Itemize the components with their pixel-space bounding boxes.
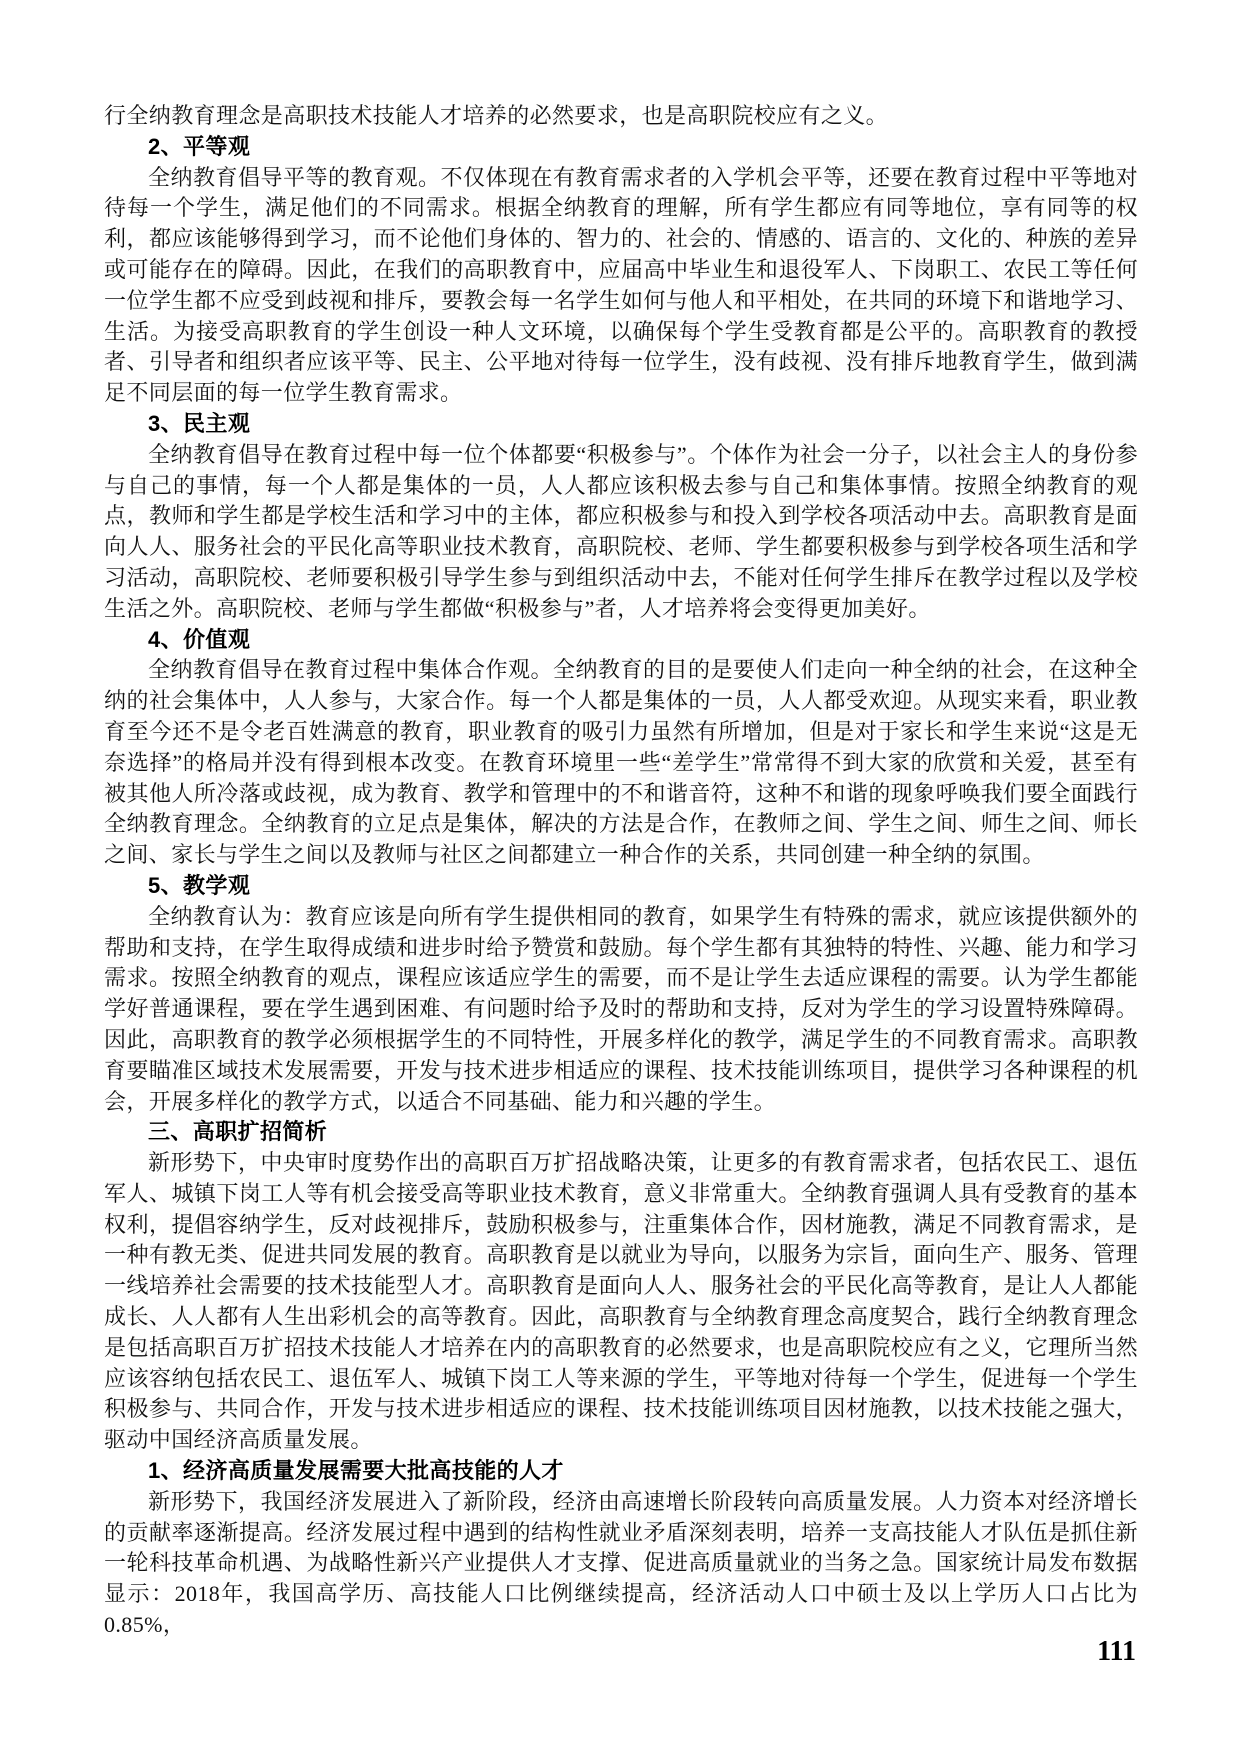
document-page: 行全纳教育理念是高职技术技能人才培养的必然要求，也是高职院校应有之义。 2、平等… xyxy=(0,0,1240,1753)
heading-enrollment-expansion-analysis: 三、高职扩招简析 xyxy=(104,1117,1138,1148)
paragraph-value-view: 全纳教育倡导在教育过程中集体合作观。全纳教育的目的是要使人们走向一种全纳的社会，… xyxy=(104,655,1138,871)
paragraph-teaching-view: 全纳教育认为：教育应该是向所有学生提供相同的教育，如果学生有特殊的需求，就应该提… xyxy=(104,902,1138,1118)
paragraph-high-skill-talent-need: 新形势下，我国经济发展进入了新阶段，经济由高速增长阶段转向高质量发展。人力资本对… xyxy=(104,1487,1138,1641)
heading-teaching-view: 5、教学观 xyxy=(104,871,1138,902)
heading-democracy-view: 3、民主观 xyxy=(104,409,1138,440)
page-number: 111 xyxy=(1097,1636,1136,1668)
paragraph-democracy-view: 全纳教育倡导在教育过程中每一位个体都要“积极参与”。个体作为社会一分子，以社会主… xyxy=(104,440,1138,625)
paragraph-enrollment-expansion-analysis: 新形势下，中央审时度势作出的高职百万扩招战略决策，让更多的有教育需求者，包括农民… xyxy=(104,1148,1138,1456)
paragraph-continuation: 行全纳教育理念是高职技术技能人才培养的必然要求，也是高职院校应有之义。 xyxy=(104,101,1138,132)
heading-high-skill-talent-need: 1、经济高质量发展需要大批高技能的人才 xyxy=(104,1456,1138,1487)
heading-equality-view: 2、平等观 xyxy=(104,132,1138,163)
paragraph-equality-view: 全纳教育倡导平等的教育观。不仅体现在有教育需求者的入学机会平等，还要在教育过程中… xyxy=(104,163,1138,409)
page-content: 行全纳教育理念是高职技术技能人才培养的必然要求，也是高职院校应有之义。 2、平等… xyxy=(104,101,1138,1641)
heading-value-view: 4、价值观 xyxy=(104,625,1138,656)
